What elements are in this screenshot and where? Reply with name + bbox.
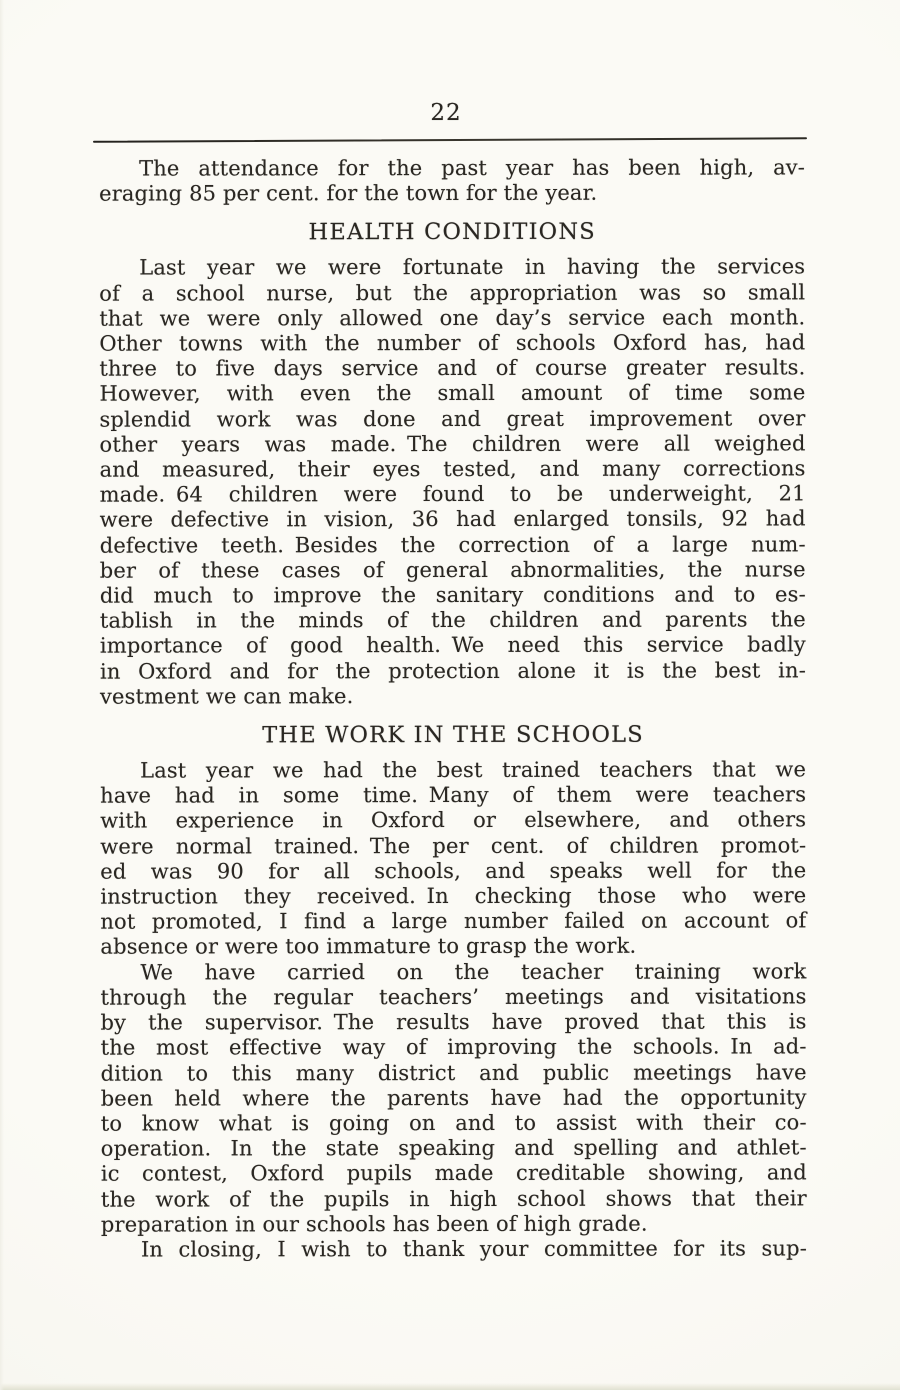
text-line: the most effective way of improving the … <box>101 1035 807 1061</box>
text-line: preparation in our schools has been of h… <box>101 1211 807 1237</box>
text-line: been held where the parents have had the… <box>101 1085 807 1111</box>
text-line: by the supervisor. The results have prov… <box>101 1009 807 1035</box>
text-line: made. 64 children were found to be under… <box>100 482 806 508</box>
text-line: tablish in the minds of the children and… <box>100 608 806 634</box>
text-line: were defective in vision, 36 had enlarge… <box>100 507 806 533</box>
text-line: The attendance for the past year has bee… <box>99 155 805 181</box>
text-line: vestment we can make. <box>100 683 806 709</box>
text-line: Last year we had the best trained teache… <box>100 757 806 783</box>
header-rule <box>93 137 807 143</box>
paragraph: We have carried on the teacher training … <box>100 959 806 1237</box>
text-line: were normal trained. The per cent. of ch… <box>100 833 806 859</box>
text-line: splendid work was done and great improve… <box>99 406 805 432</box>
text-line: We have carried on the teacher training … <box>100 959 806 985</box>
text-line: three to five days service and of course… <box>99 356 805 382</box>
text-line: Other towns with the number of schools O… <box>99 330 805 356</box>
text-line: other years was made. The children were … <box>100 431 806 457</box>
paragraph: In closing, I wish to thank your committ… <box>101 1236 807 1262</box>
text-line: ic contest, Oxford pupils made creditabl… <box>101 1161 807 1187</box>
text-line: to know what is going on and to assist w… <box>101 1110 807 1136</box>
text-line: ber of these cases of general abnormalit… <box>100 557 806 583</box>
text-line: have had in some time. Many of them were… <box>100 783 806 809</box>
page-content: The attendance for the past year has bee… <box>99 155 807 1262</box>
scanned-page: 22 The attendance for the past year has … <box>0 0 900 1390</box>
text-line: and measured, their eyes tested, and man… <box>100 456 806 482</box>
text-line: defective teeth. Besides the correction … <box>100 532 806 558</box>
text-line: the work of the pupils in high school sh… <box>101 1186 807 1212</box>
paragraph: The attendance for the past year has bee… <box>99 155 805 207</box>
section-heading: THE WORK IN THE SCHOOLS <box>100 720 806 749</box>
text-line: not promoted, I find a large number fail… <box>100 909 806 935</box>
text-line: In closing, I wish to thank your committ… <box>101 1236 807 1262</box>
text-line: that we were only allowed one day’s serv… <box>99 305 805 331</box>
text-line: However, with even the small amount of t… <box>99 381 805 407</box>
section-heading: HEALTH CONDITIONS <box>99 218 805 247</box>
text-line: dition to this many district and public … <box>101 1060 807 1086</box>
text-line: with experience in Oxford or elsewhere, … <box>100 808 806 834</box>
text-line: instruction they received. In checking t… <box>100 883 806 909</box>
text-line: importance of good health. We need this … <box>100 633 806 659</box>
text-line: eraging 85 per cent. for the town for th… <box>99 181 805 207</box>
page-number: 22 <box>0 100 892 126</box>
paragraph: Last year we had the best trained teache… <box>100 757 806 960</box>
text-line: Last year we were fortunate in having th… <box>99 255 805 281</box>
paragraph: Last year we were fortunate in having th… <box>99 255 806 710</box>
text-line: absence or were too immature to grasp th… <box>100 934 806 960</box>
text-line: operation. In the state speaking and spe… <box>101 1135 807 1161</box>
text-line: of a school nurse, but the appropriation… <box>99 280 805 306</box>
scan-bottom-edge <box>0 1383 900 1390</box>
text-line: through the regular teachers’ meetings a… <box>100 984 806 1010</box>
text-line: did much to improve the sanitary conditi… <box>100 582 806 608</box>
text-line: ed was 90 for all schools, and speaks we… <box>100 858 806 884</box>
text-line: in Oxford and for the protection alone i… <box>100 658 806 684</box>
scan-left-edge <box>0 0 4 1390</box>
